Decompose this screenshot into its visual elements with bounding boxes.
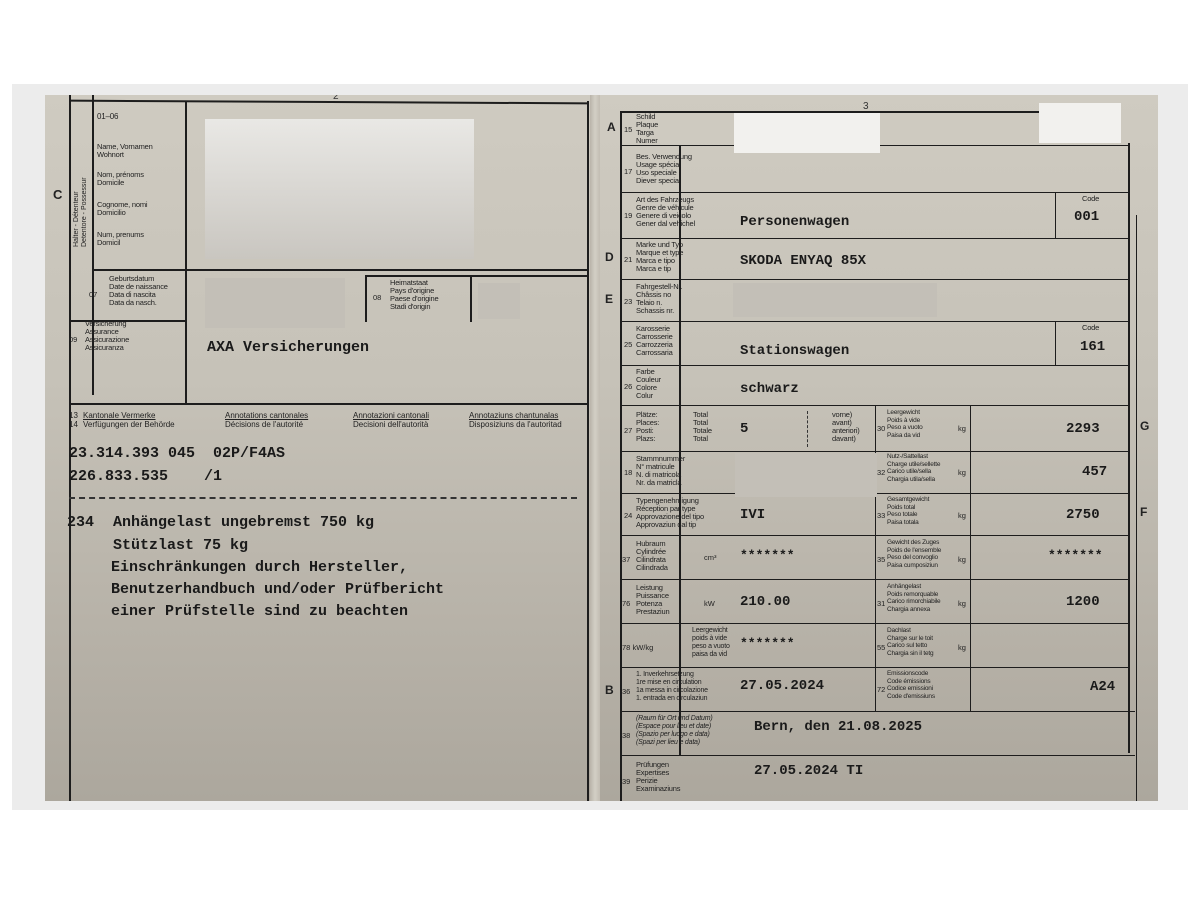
f55-unit: kg (958, 643, 966, 652)
right-page: 3 A 15 SchildPlaqueTargaNumer (600, 95, 1158, 801)
first-registration-value: 27.05.2024 (740, 678, 824, 694)
f36-code: 36 (622, 687, 630, 696)
f18-code: 18 (624, 468, 632, 477)
f21-labels: Marke und TypMarque et typeMarca e tipoM… (636, 241, 683, 273)
f78-labels: Leergewichtpoids à videpeso a vuotopaisa… (692, 627, 730, 659)
remark-line-2: Stützlast 75 kg (113, 537, 248, 554)
payload-value: 457 (1082, 464, 1107, 480)
train-weight-value: ******* (1048, 548, 1103, 563)
f26-code: 26 (624, 382, 632, 391)
displacement-value: ******* (740, 548, 795, 563)
annotation-header-fr: Annotations cantonalesDécisions de l'aut… (225, 411, 308, 429)
f17-code: 17 (624, 167, 632, 176)
f19-code: 19 (624, 211, 632, 220)
dashed-separator (69, 497, 577, 499)
birth-labels: GeburtsdatumDate de naissanceData di nas… (109, 275, 168, 307)
f37-labels: HubraumCylindréeCilindrataCilindrada (636, 540, 668, 572)
f36-labels: 1. Inverkehrsetzung1re mise en circulati… (636, 671, 708, 703)
front-seat-labels: vorne)avant)anteriori)davant) (832, 411, 860, 443)
f35-unit: kg (958, 555, 966, 564)
f19-labels: Art des FahrzeugsGenre de véhiculeGenere… (636, 196, 695, 228)
f32-code: 32 (877, 468, 885, 477)
f33-unit: kg (958, 511, 966, 520)
remark-code: 234 (67, 514, 94, 531)
f31-code: 31 (877, 599, 885, 608)
inspection-value: 27.05.2024 TI (754, 763, 863, 779)
side-letter-a: A (607, 120, 616, 134)
front-bracket (807, 411, 808, 447)
f30-unit: kg (958, 424, 966, 433)
side-letter-b: B (605, 683, 614, 697)
annotation-line-1: 23.314.393 045 02P/F4AS (69, 445, 285, 462)
f33-code: 33 (877, 511, 885, 520)
f25-code-label: Code (1082, 324, 1099, 332)
f55-labels: DachlastCharge sur le toitCarico sul tet… (887, 627, 933, 657)
annotation-header-de: Kantonale VermerkeVerfügungen der Behörd… (83, 411, 175, 429)
emission-code-value: A24 (1090, 679, 1115, 695)
curb-weight-value: 2293 (1066, 421, 1100, 437)
f15-code: 15 (624, 125, 632, 134)
body-type-value: Stationswagen (740, 343, 849, 359)
annotation-line-2: 226.833.535 /1 (69, 468, 222, 485)
f23-code: 23 (624, 297, 632, 306)
f31-unit: kg (958, 599, 966, 608)
remark-line-3: Einschränkungen durch Hersteller, (111, 559, 408, 576)
f27-totals: TotalTotalTotaleTotal (693, 411, 712, 443)
f24-labels: TypengenehmigungRéception par typeApprov… (636, 497, 704, 529)
plate-canton-redacted (1039, 103, 1121, 143)
f72-code: 72 (877, 685, 885, 694)
f15-labels: SchildPlaqueTargaNumer (636, 113, 658, 145)
origin-redacted (478, 283, 520, 319)
type-approval-value: IVI (740, 507, 765, 523)
annotation-header-it: Annotazioni cantonaliDecisioni dell'auto… (353, 411, 429, 429)
annotation-header-rm: Annotaziuns chantunalasDisposiziuns da l… (469, 411, 562, 429)
f38-code: 38 (622, 731, 630, 740)
birth-date-redacted (205, 278, 345, 328)
registry-number-redacted (735, 453, 877, 497)
f38-labels: (Raum für Ort und Datum)(Espace pour lie… (636, 715, 713, 747)
vertical-label-1: Halter - Détenteur (73, 191, 80, 247)
gross-weight-value: 2750 (1066, 507, 1100, 523)
f37-code: 37 (622, 555, 630, 564)
f32-labels: Nutz-/SattellastCharge utile/selletteCar… (887, 453, 940, 483)
f76-labels: LeistungPuissancePotenzaPrestaziun (636, 584, 669, 616)
f33-labels: GesamtgewichtPoids totalPeso totalePaisa… (887, 496, 929, 526)
annotation-codes: 1314 (69, 411, 78, 429)
make-model-value: SKODA ENYAQ 85X (740, 253, 866, 269)
place-date-value: Bern, den 21.08.2025 (754, 719, 922, 735)
f39-labels: PrüfungenExpertisesPerizieExaminaziuns (636, 761, 680, 793)
holder-label-fr: Nom, prénomsDomicile (97, 171, 144, 187)
f55-code: 55 (877, 643, 885, 652)
f78-code: 78 kW/kg (622, 643, 653, 652)
birth-code: 07 (89, 290, 97, 299)
f76-code: 76 (622, 599, 630, 608)
f25-labels: KarosserieCarrosserieCarrozzeriaCarrossa… (636, 325, 673, 357)
holder-label-rm: Num, prenumsDomicil (97, 231, 144, 247)
f19-code-label: Code (1082, 195, 1099, 203)
f30-labels: LeergewichtPoids à videPeso a vuotoPaisa… (887, 409, 923, 439)
page-fold (590, 95, 600, 801)
section-letter-c: C (53, 187, 62, 202)
f31-labels: AnhängelastPoids remorquableCarico rimor… (887, 583, 940, 613)
holder-label-it: Cognome, nomiDomicilio (97, 201, 147, 217)
origin-code: 08 (373, 293, 381, 302)
holder-code: 01–06 (97, 113, 118, 121)
f25-code: 25 (624, 340, 632, 349)
chassis-number-redacted (733, 283, 937, 317)
remark-line-4: Benutzerhandbuch und/oder Prüfbericht (111, 581, 444, 598)
vehicle-registration-document: 2 C Halter - Détenteur Detentore - Posse… (45, 95, 1158, 801)
f35-code: 35 (877, 555, 885, 564)
f17-labels: Bes. VerwendungUsage spécialUso speciale… (636, 153, 692, 185)
plate-redacted (734, 113, 880, 153)
side-letter-d: D (605, 250, 614, 264)
side-letter-g: G (1140, 419, 1149, 433)
holder-name-redacted (205, 119, 474, 259)
f23-labels: Fahrgestell-Nr.Châssis noTelaio n.Schass… (636, 283, 682, 315)
left-page: 2 C Halter - Détenteur Detentore - Posse… (45, 95, 590, 801)
f72-labels: EmissionscodeCode émissionsCodice emissi… (887, 670, 935, 700)
vertical-label-2: Detentore - Possessur (81, 177, 88, 247)
insurance-labels: VersicherungAssuranceAssicurazioneAssicu… (85, 320, 129, 352)
color-value: schwarz (740, 381, 799, 397)
side-letter-f: F (1140, 505, 1147, 519)
f18-labels: StammnummerN° matriculeN. di matricolaNr… (636, 455, 685, 487)
vehicle-type-value: Personenwagen (740, 214, 849, 230)
f35-labels: Gewicht des ZugesPoids de l'ensemblePeso… (887, 539, 941, 569)
f26-labels: FarbeCouleurColoreColur (636, 368, 661, 400)
insurance-value: AXA Versicherungen (207, 339, 369, 356)
towing-capacity-value: 1200 (1066, 594, 1100, 610)
seats-value: 5 (740, 421, 748, 437)
f37-unit: cm³ (704, 553, 717, 562)
f30-code: 30 (877, 424, 885, 433)
remark-line-5: einer Prüfstelle sind zu beachten (111, 603, 408, 620)
insurance-code: 09 (69, 335, 77, 344)
f39-code: 39 (622, 777, 630, 786)
f27-code: 27 (624, 426, 632, 435)
origin-labels: HeimatstaatPays d'originePaese d'origine… (390, 279, 438, 311)
f76-unit: kW (704, 599, 715, 608)
power-weight-value: ******* (740, 636, 795, 651)
body-type-code: 161 (1080, 339, 1105, 355)
f24-code: 24 (624, 511, 632, 520)
f27-labels: Plätze:Places:Posti:Plazs: (636, 411, 659, 443)
power-value: 210.00 (740, 594, 790, 610)
side-letter-e: E (605, 292, 613, 306)
vehicle-type-code: 001 (1074, 209, 1099, 225)
f21-code: 21 (624, 255, 632, 264)
remark-line-1: Anhängelast ungebremst 750 kg (113, 514, 374, 531)
f32-unit: kg (958, 468, 966, 477)
holder-label-de: Name, VornamenWohnort (97, 143, 153, 159)
